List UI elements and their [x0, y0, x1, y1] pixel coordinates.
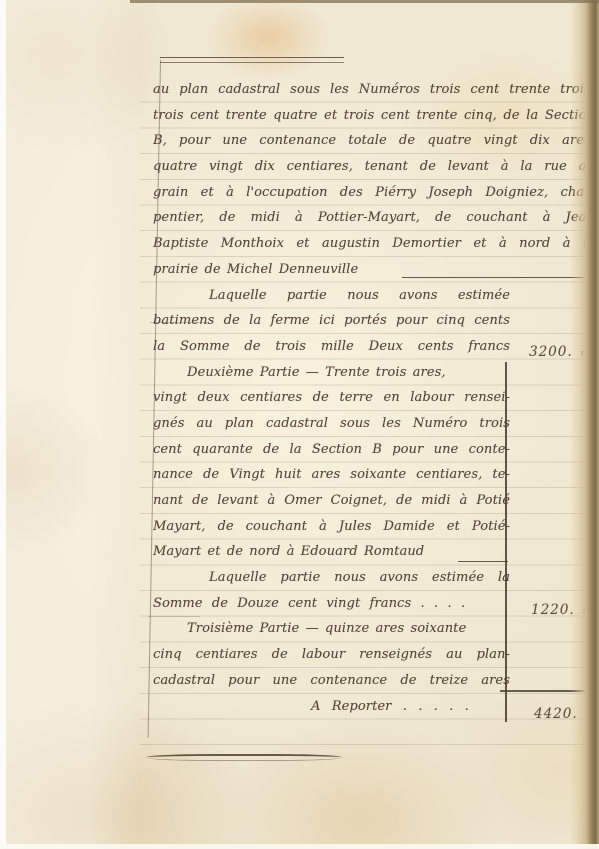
page-edge-shadow	[570, 0, 599, 849]
manuscript-line: nant de levant à Omer Coignet, de midi à…	[153, 488, 510, 514]
manuscript-line: Troisième Partie — quinze ares soixante	[153, 616, 510, 642]
manuscript-line: la Somme de trois mille Deux cents franc…	[153, 334, 510, 360]
manuscript-line: Somme de Douze cent vingt francs . . . .	[153, 591, 510, 617]
manuscript-line: Laquelle partie nous avons estimée compr…	[153, 283, 510, 309]
top-double-rule	[160, 57, 344, 63]
manuscript-text: au plan cadastral sous les Numéros trois…	[153, 77, 595, 719]
manuscript-line: Laquelle partie nous avons estimée la	[153, 565, 510, 591]
carry-forward-line: A Reporter . . . . .	[153, 694, 599, 720]
manuscript-line: B, pour une contenance totale de quatre …	[153, 128, 595, 154]
manuscript-line: au plan cadastral sous les Numéros trois…	[153, 77, 595, 103]
manuscript-line: quatre vingt dix centiares, tenant de le…	[153, 154, 595, 180]
scan-left-border	[0, 0, 6, 849]
manuscript-line: cadastral pour une contenance de treize …	[153, 668, 510, 694]
manuscript-line: cinq centiares de labour renseignés au p…	[153, 642, 510, 668]
scanned-document-page: au plan cadastral sous les Numéros trois…	[0, 0, 599, 849]
amount-value: 3200.	[529, 344, 573, 360]
manuscript-line: prairie de Michel Denneuville	[153, 257, 595, 283]
scan-bottom-border	[0, 844, 599, 849]
manuscript-line: batimens de la ferme ici portés pour cin…	[153, 308, 510, 334]
scan-top-edge	[130, 0, 599, 3]
manuscript-line: Mayart et de nord à Edouard Romtaud	[153, 539, 510, 565]
manuscript-line: pentier, de midi à Pottier-Mayart, de co…	[153, 205, 595, 231]
manuscript-line: vingt deux centiares de terre en labour …	[153, 385, 510, 411]
manuscript-line: nance de Vingt huit ares soixante centia…	[153, 462, 510, 488]
manuscript-line: Mayart, de couchant à Jules Damide et Po…	[153, 514, 510, 540]
bottom-rule	[146, 754, 342, 761]
amount-value: 1220.	[531, 602, 575, 618]
manuscript-line: Baptiste Monthoix et augustin Demortier …	[153, 231, 595, 257]
manuscript-line: cent quarante de la Section B pour une c…	[153, 437, 510, 463]
left-fold-highlight	[0, 0, 150, 849]
manuscript-line: Deuxième Partie — Trente trois ares,	[153, 360, 510, 386]
manuscript-line: trois cent trente quatre et trois cent t…	[153, 103, 595, 129]
manuscript-line: gnés au plan cadastral sous les Numéro t…	[153, 411, 510, 437]
manuscript-line: grain et à l'occupation des Piérry Josep…	[153, 180, 595, 206]
